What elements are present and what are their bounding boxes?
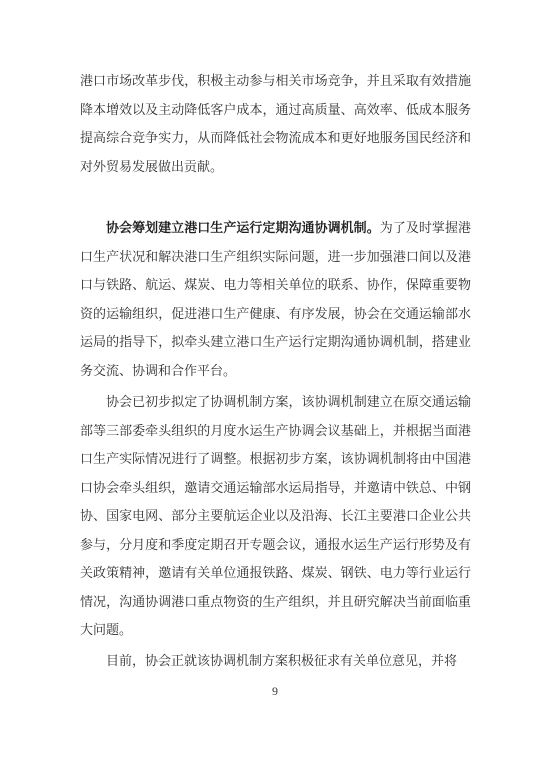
- paragraph-mechanism-plan: 协会已初步拟定了协调机制方案，该协调机制建立在原交通运输部等三部委牵头组织的月度…: [80, 388, 471, 645]
- page-number: 9: [0, 684, 550, 698]
- text-block: 港口市场改革步伐，积极主动参与相关市场竞争，并且采取有效措施降本增效以及主动降低…: [80, 67, 471, 675]
- section-body-text: 为了及时掌握港口生产状况和解决港口生产组织实际问题，进一步加强港口间以及港口与铁…: [80, 220, 471, 378]
- document-page: 港口市场改革步伐，积极主动参与相关市场竞争，并且采取有效措施降本增效以及主动降低…: [0, 0, 550, 759]
- section-bold-lead: 协会筹划建立港口生产运行定期沟通协调机制。: [106, 220, 380, 235]
- paragraph-current-status: 目前，协会正就该协调机制方案积极征求有关单位意见，并将: [80, 647, 471, 676]
- paragraph-section-coordination-mechanism: 协会筹划建立港口生产运行定期沟通协调机制。为了及时掌握港口生产状况和解决港口生产…: [80, 214, 471, 385]
- paragraph-continuation: 港口市场改革步伐，积极主动参与相关市场竞争，并且采取有效措施降本增效以及主动降低…: [80, 67, 471, 181]
